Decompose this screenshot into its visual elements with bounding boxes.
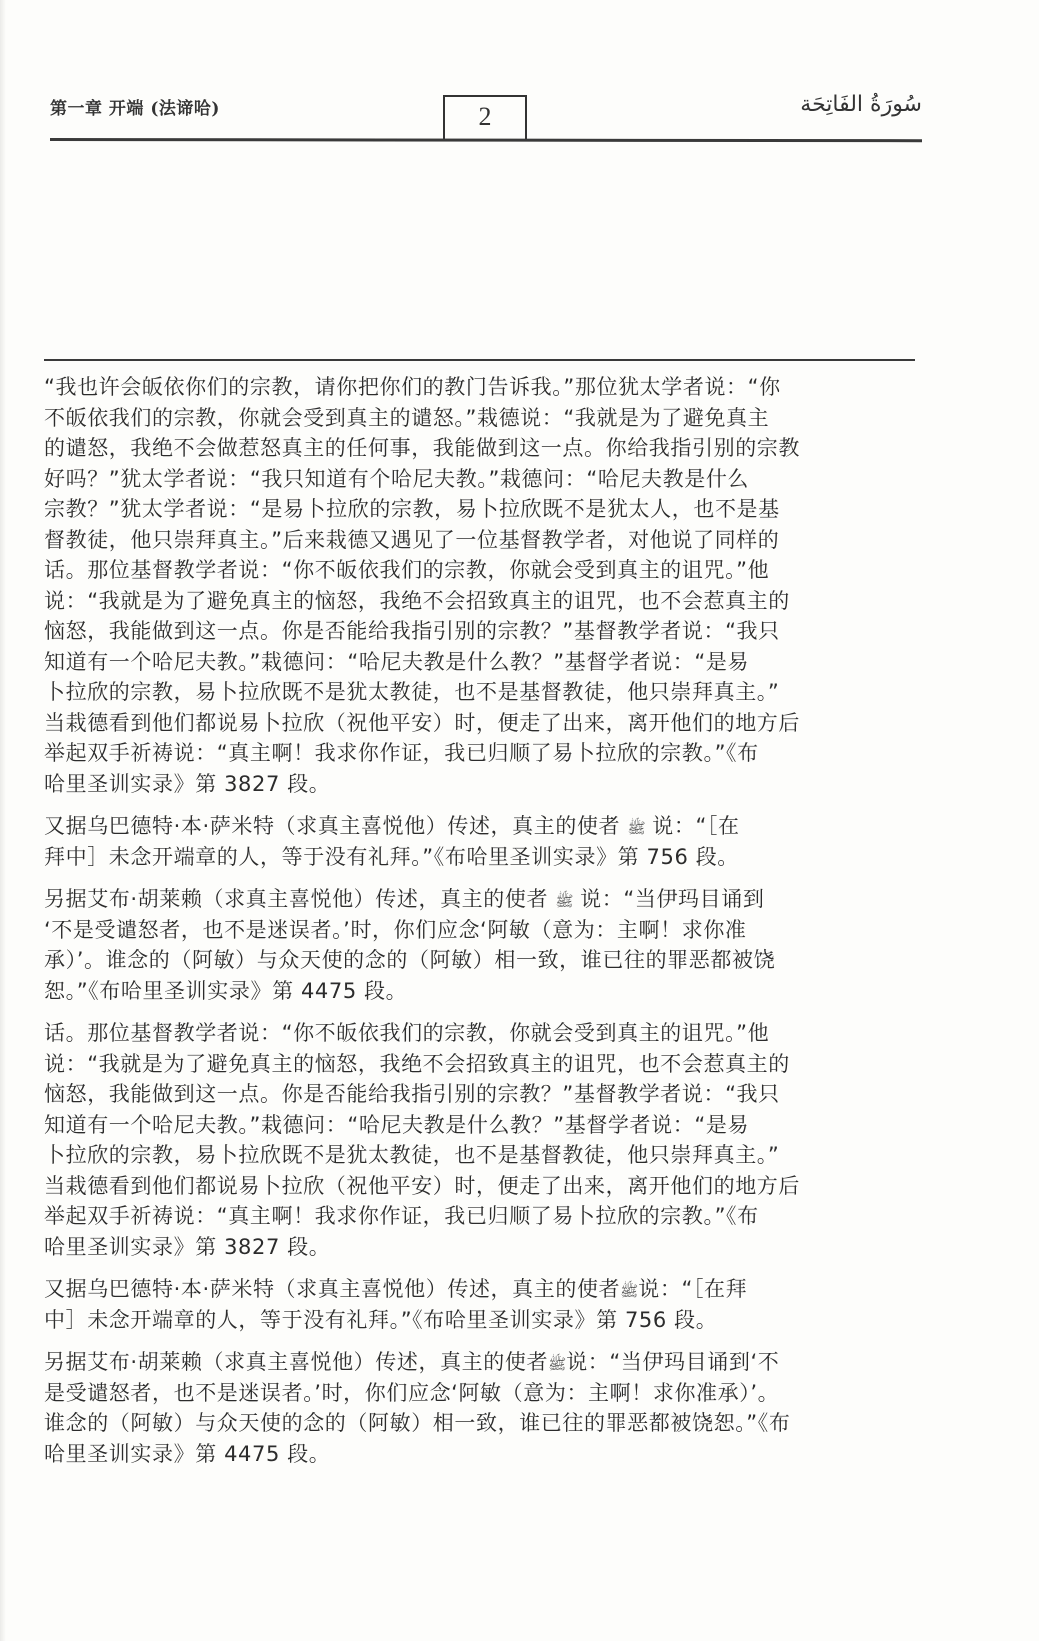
text-line: “我也许会皈依你们的宗教，请你把你们的教门告诉我。”那位犹太学者说：“你	[44, 372, 924, 403]
paragraph: 另据艾布·胡莱赖（求真主喜悦他）传述，真主的使者ﷺ说：“当伊玛目诵到‘不 是受谴…	[44, 1347, 924, 1469]
text-line: 哈里圣训实录》第 3827 段。	[44, 769, 924, 800]
page-edge-shadow	[0, 0, 6, 1641]
salawat-honorific-icon: ﷺ	[627, 819, 645, 837]
text-segment: 又据乌巴德特·本·萨米特（求真主喜悦他）传述，真主的使者	[44, 1277, 620, 1301]
text-line: 另据艾布·胡莱赖（求真主喜悦他）传述，真主的使者 ﷺ 说：“当伊玛目诵到	[44, 884, 924, 915]
text-line: 不皈依我们的宗教，你就会受到真主的谴怒。”栽德说：“我就是为了避免真主	[44, 403, 924, 434]
text-line: ‘不是受谴怒者，也不是迷误者。’时，你们应念‘阿敏（意为：主啊！求你准	[44, 915, 924, 946]
paragraph: 另据艾布·胡莱赖（求真主喜悦他）传述，真主的使者 ﷺ 说：“当伊玛目诵到 ‘不是…	[44, 884, 924, 1006]
section-divider	[44, 359, 915, 361]
salawat-honorific-icon: ﷺ	[548, 1355, 566, 1373]
text-line: 又据乌巴德特·本·萨米特（求真主喜悦他）传述，真主的使者 ﷺ 说：“［在	[44, 811, 924, 842]
text-line: 当栽德看到他们都说易卜拉欣（祝他平安）时，便走了出来，离开他们的地方后	[44, 1171, 924, 1202]
text-segment: 说：“当伊玛目诵到‘不	[566, 1350, 779, 1374]
text-line: 是受谴怒者，也不是迷误者。’时，你们应念‘阿敏（意为：主啊！求你准承）’。	[44, 1378, 924, 1409]
text-line: 知道有一个哈尼夫教。”栽德问：“哈尼夫教是什么教？”基督学者说：“是易	[44, 647, 924, 678]
text-segment: 说：“［在拜	[638, 1277, 747, 1301]
text-line: 卜拉欣的宗教，易卜拉欣既不是犹太教徒，也不是基督教徒，他只崇拜真主。”	[44, 1140, 924, 1171]
text-line: 卜拉欣的宗教，易卜拉欣既不是犹太教徒，也不是基督教徒，他只崇拜真主。”	[44, 677, 924, 708]
paragraph: 又据乌巴德特·本·萨米特（求真主喜悦他）传述，真主的使者ﷺ说：“［在拜 中］未念…	[44, 1274, 924, 1335]
text-line: 话。那位基督教学者说：“你不皈依我们的宗教，你就会受到真主的诅咒。”他	[44, 555, 924, 586]
text-line: 话。那位基督教学者说：“你不皈依我们的宗教，你就会受到真主的诅咒。”他	[44, 1018, 924, 1049]
text-line: 承）’。谁念的（阿敏）与众天使的念的（阿敏）相一致，谁已往的罪恶都被饶	[44, 945, 924, 976]
text-line: 又据乌巴德特·本·萨米特（求真主喜悦他）传述，真主的使者ﷺ说：“［在拜	[44, 1274, 924, 1305]
text-line: 举起双手祈祷说：“真主啊！我求你作证，我已归顺了易卜拉欣的宗教。”《布	[44, 1201, 924, 1232]
paragraph: 话。那位基督教学者说：“你不皈依我们的宗教，你就会受到真主的诅咒。”他 说：“我…	[44, 1018, 924, 1262]
header-rule	[50, 138, 922, 142]
paragraph: 又据乌巴德特·本·萨米特（求真主喜悦他）传述，真主的使者 ﷺ 说：“［在 拜中］…	[44, 811, 924, 872]
page-number: 2	[443, 95, 527, 141]
text-line: 拜中］未念开端章的人，等于没有礼拜。”《布哈里圣训实录》第 756 段。	[44, 842, 924, 873]
text-line: 督教徒，他只崇拜真主。”后来栽德又遇见了一位基督教学者，对他说了同样的	[44, 525, 924, 556]
salawat-honorific-icon: ﷺ	[620, 1282, 638, 1300]
text-segment: 说：“当伊玛目诵到	[573, 887, 764, 911]
text-line: 另据艾布·胡莱赖（求真主喜悦他）传述，真主的使者ﷺ说：“当伊玛目诵到‘不	[44, 1347, 924, 1378]
text-line: 宗教？”犹太学者说：“是易卜拉欣的宗教，易卜拉欣既不是犹太人，也不是基	[44, 494, 924, 525]
text-line: 知道有一个哈尼夫教。”栽德问：“哈尼夫教是什么教？”基督学者说：“是易	[44, 1110, 924, 1141]
running-header: 第一章 开端 (法谛哈) 2 سُورَةُ الفَاتِحَة	[50, 86, 922, 148]
text-line: 谁念的（阿敏）与众天使的念的（阿敏）相一致，谁已往的罪恶都被饶恕。”《布	[44, 1408, 924, 1439]
text-line: 的谴怒，我绝不会做惹怒真主的任何事，我能做到这一点。你给我指引别的宗教	[44, 433, 924, 464]
text-segment: 又据乌巴德特·本·萨米特（求真主喜悦他）传述，真主的使者	[44, 814, 627, 838]
text-line: 说：“我就是为了避免真主的恼怒，我绝不会招致真主的诅咒，也不会惹真主的	[44, 586, 924, 617]
text-line: 当栽德看到他们都说易卜拉欣（祝他平安）时，便走了出来，离开他们的地方后	[44, 708, 924, 739]
text-line: 恕。”《布哈里圣训实录》第 4475 段。	[44, 976, 924, 1007]
text-segment: 说：“［在	[646, 814, 740, 838]
text-line: 恼怒，我能做到这一点。你是否能给我指引别的宗教？”基督教学者说：“我只	[44, 616, 924, 647]
chapter-title: 第一章 开端 (法谛哈)	[50, 94, 220, 119]
text-segment: 另据艾布·胡莱赖（求真主喜悦他）传述，真主的使者	[44, 1350, 548, 1374]
paragraph: “我也许会皈依你们的宗教，请你把你们的教门告诉我。”那位犹太学者说：“你 不皈依…	[44, 372, 924, 799]
body-text: “我也许会皈依你们的宗教，请你把你们的教门告诉我。”那位犹太学者说：“你 不皈依…	[44, 372, 924, 1481]
text-line: 哈里圣训实录》第 4475 段。	[44, 1439, 924, 1470]
text-line: 哈里圣训实录》第 3827 段。	[44, 1232, 924, 1263]
text-line: 举起双手祈祷说：“真主啊！我求你作证，我已归顺了易卜拉欣的宗教。”《布	[44, 738, 924, 769]
salawat-honorific-icon: ﷺ	[555, 892, 573, 910]
text-line: 说：“我就是为了避免真主的恼怒，我绝不会招致真主的诅咒，也不会惹真主的	[44, 1049, 924, 1080]
text-segment: 另据艾布·胡莱赖（求真主喜悦他）传述，真主的使者	[44, 887, 555, 911]
text-line: 恼怒，我能做到这一点。你是否能给我指引别的宗教？”基督教学者说：“我只	[44, 1079, 924, 1110]
surah-name-calligraphy: سُورَةُ الفَاتِحَة	[800, 92, 922, 117]
text-line: 中］未念开端章的人，等于没有礼拜。”《布哈里圣训实录》第 756 段。	[44, 1305, 924, 1336]
text-line: 好吗？”犹太学者说：“我只知道有个哈尼夫教。”栽德问：“哈尼夫教是什么	[44, 464, 924, 495]
